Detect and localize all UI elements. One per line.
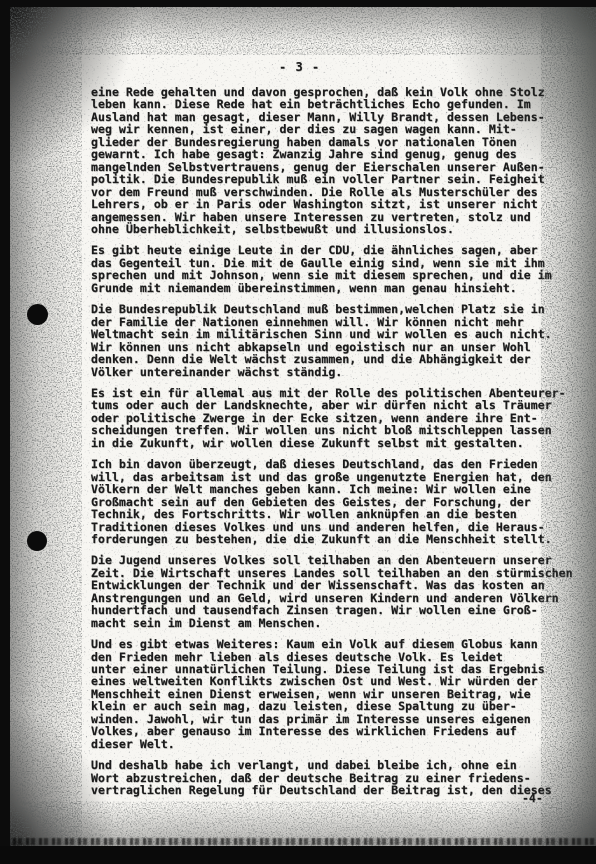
hole-punch xyxy=(27,304,48,325)
paragraph: Es ist ein für allemal aus mit der Rolle… xyxy=(91,387,591,449)
scan-corner-top-left xyxy=(0,0,140,170)
paragraph: Die Bundesrepublik Deutschland muß besti… xyxy=(91,303,591,378)
scanned-document-page: - 3 - eine Rede gehalten und davon gespr… xyxy=(0,0,596,864)
paragraph: Die Jugend unseres Volkes soll teilhaben… xyxy=(91,554,591,629)
hole-punch xyxy=(27,531,47,551)
scan-border-left xyxy=(0,0,10,864)
scan-border-bottom xyxy=(0,846,596,864)
scan-border-top xyxy=(0,0,596,7)
page-number-header: - 3 - xyxy=(279,60,320,74)
document-text-block: eine Rede gehalten und davon gesprochen,… xyxy=(91,86,591,806)
scan-corner-top-right xyxy=(446,0,596,190)
paragraph: Es gibt heute einige Leute in der CDU, d… xyxy=(91,244,591,294)
page-edge-shadow-band xyxy=(0,838,596,845)
paragraph: Ich bin davon überzeugt, daß dieses Deut… xyxy=(91,458,591,545)
